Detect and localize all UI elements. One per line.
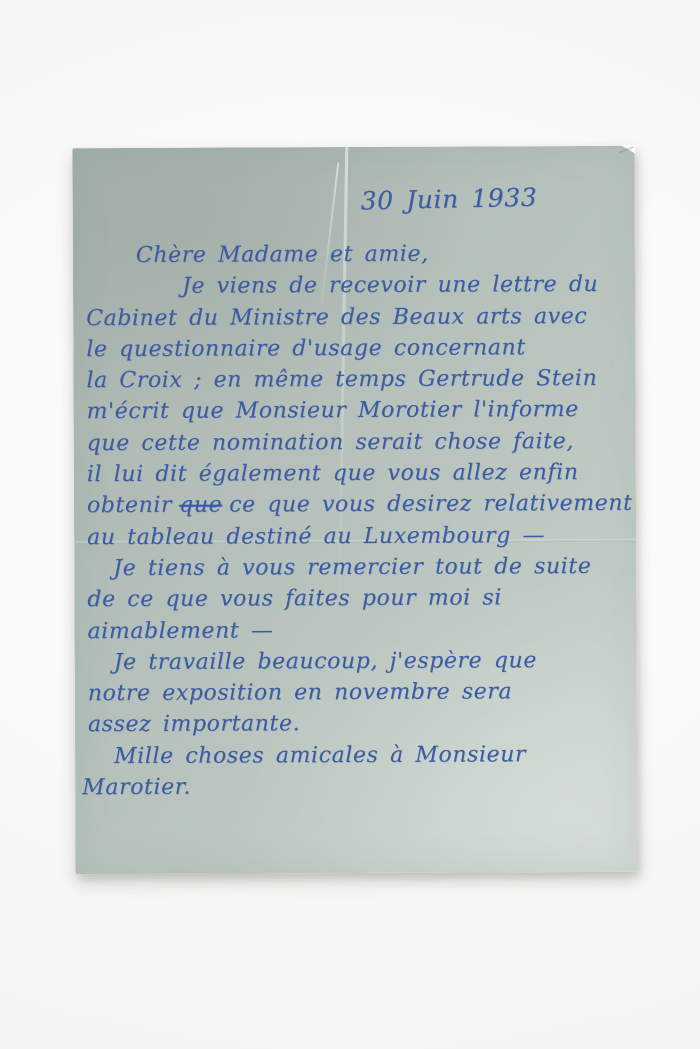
letter-line: de ce que vous faites pour moi si	[87, 582, 630, 616]
letter-line: le questionnaire d'usage concernant	[86, 332, 629, 366]
letter-line: assez importante.	[88, 707, 631, 741]
letter-line: que cette nomination serait chose faite,	[87, 426, 630, 460]
line-segment: obtenir	[87, 493, 172, 518]
letter-date: 30 Juin 1933	[360, 183, 537, 216]
letter-line: la Croix ; en même temps Gertrude Stein	[86, 363, 629, 397]
letter-line-with-strikethrough: obtenirquece que vous desirez relativeme…	[87, 488, 630, 522]
letter-line: m'écrit que Monsieur Morotier l'informe	[87, 394, 630, 428]
struck-out-word: que	[179, 493, 222, 518]
letter-line: notre exposition en novembre sera	[88, 676, 631, 710]
letter-line: Je tiens à vous remercier tout de suite	[87, 551, 630, 585]
handwritten-text: 30 Juin 1933 Chère Madame et amie, Je vi…	[85, 146, 628, 148]
letter-line: Cabinet du Ministre des Beaux arts avec	[86, 300, 629, 334]
letter-body: Chère Madame et amie, Je viens de recevo…	[86, 238, 631, 804]
letter-salutation: Chère Madame et amie,	[86, 238, 629, 272]
line-segment: ce que vous desirez relativement	[229, 491, 632, 518]
letter-signature-line: Marotier.	[82, 770, 631, 804]
letter-line: Je viens de recevoir une lettre du	[86, 269, 629, 303]
letter-line: il lui dit également que vous allez enfi…	[87, 457, 630, 491]
letter-closing-line: Mille choses amicales à Monsieur	[88, 739, 631, 773]
letter-line: Je travaille beaucoup, j'espère que	[88, 645, 631, 679]
letter-line: aimablement —	[87, 613, 630, 647]
letter-line: au tableau destiné au Luxembourg —	[87, 519, 630, 553]
letter-photograph: 30 Juin 1933 Chère Madame et amie, Je vi…	[0, 0, 700, 1049]
letter-paper: 30 Juin 1933 Chère Madame et amie, Je vi…	[72, 146, 637, 874]
